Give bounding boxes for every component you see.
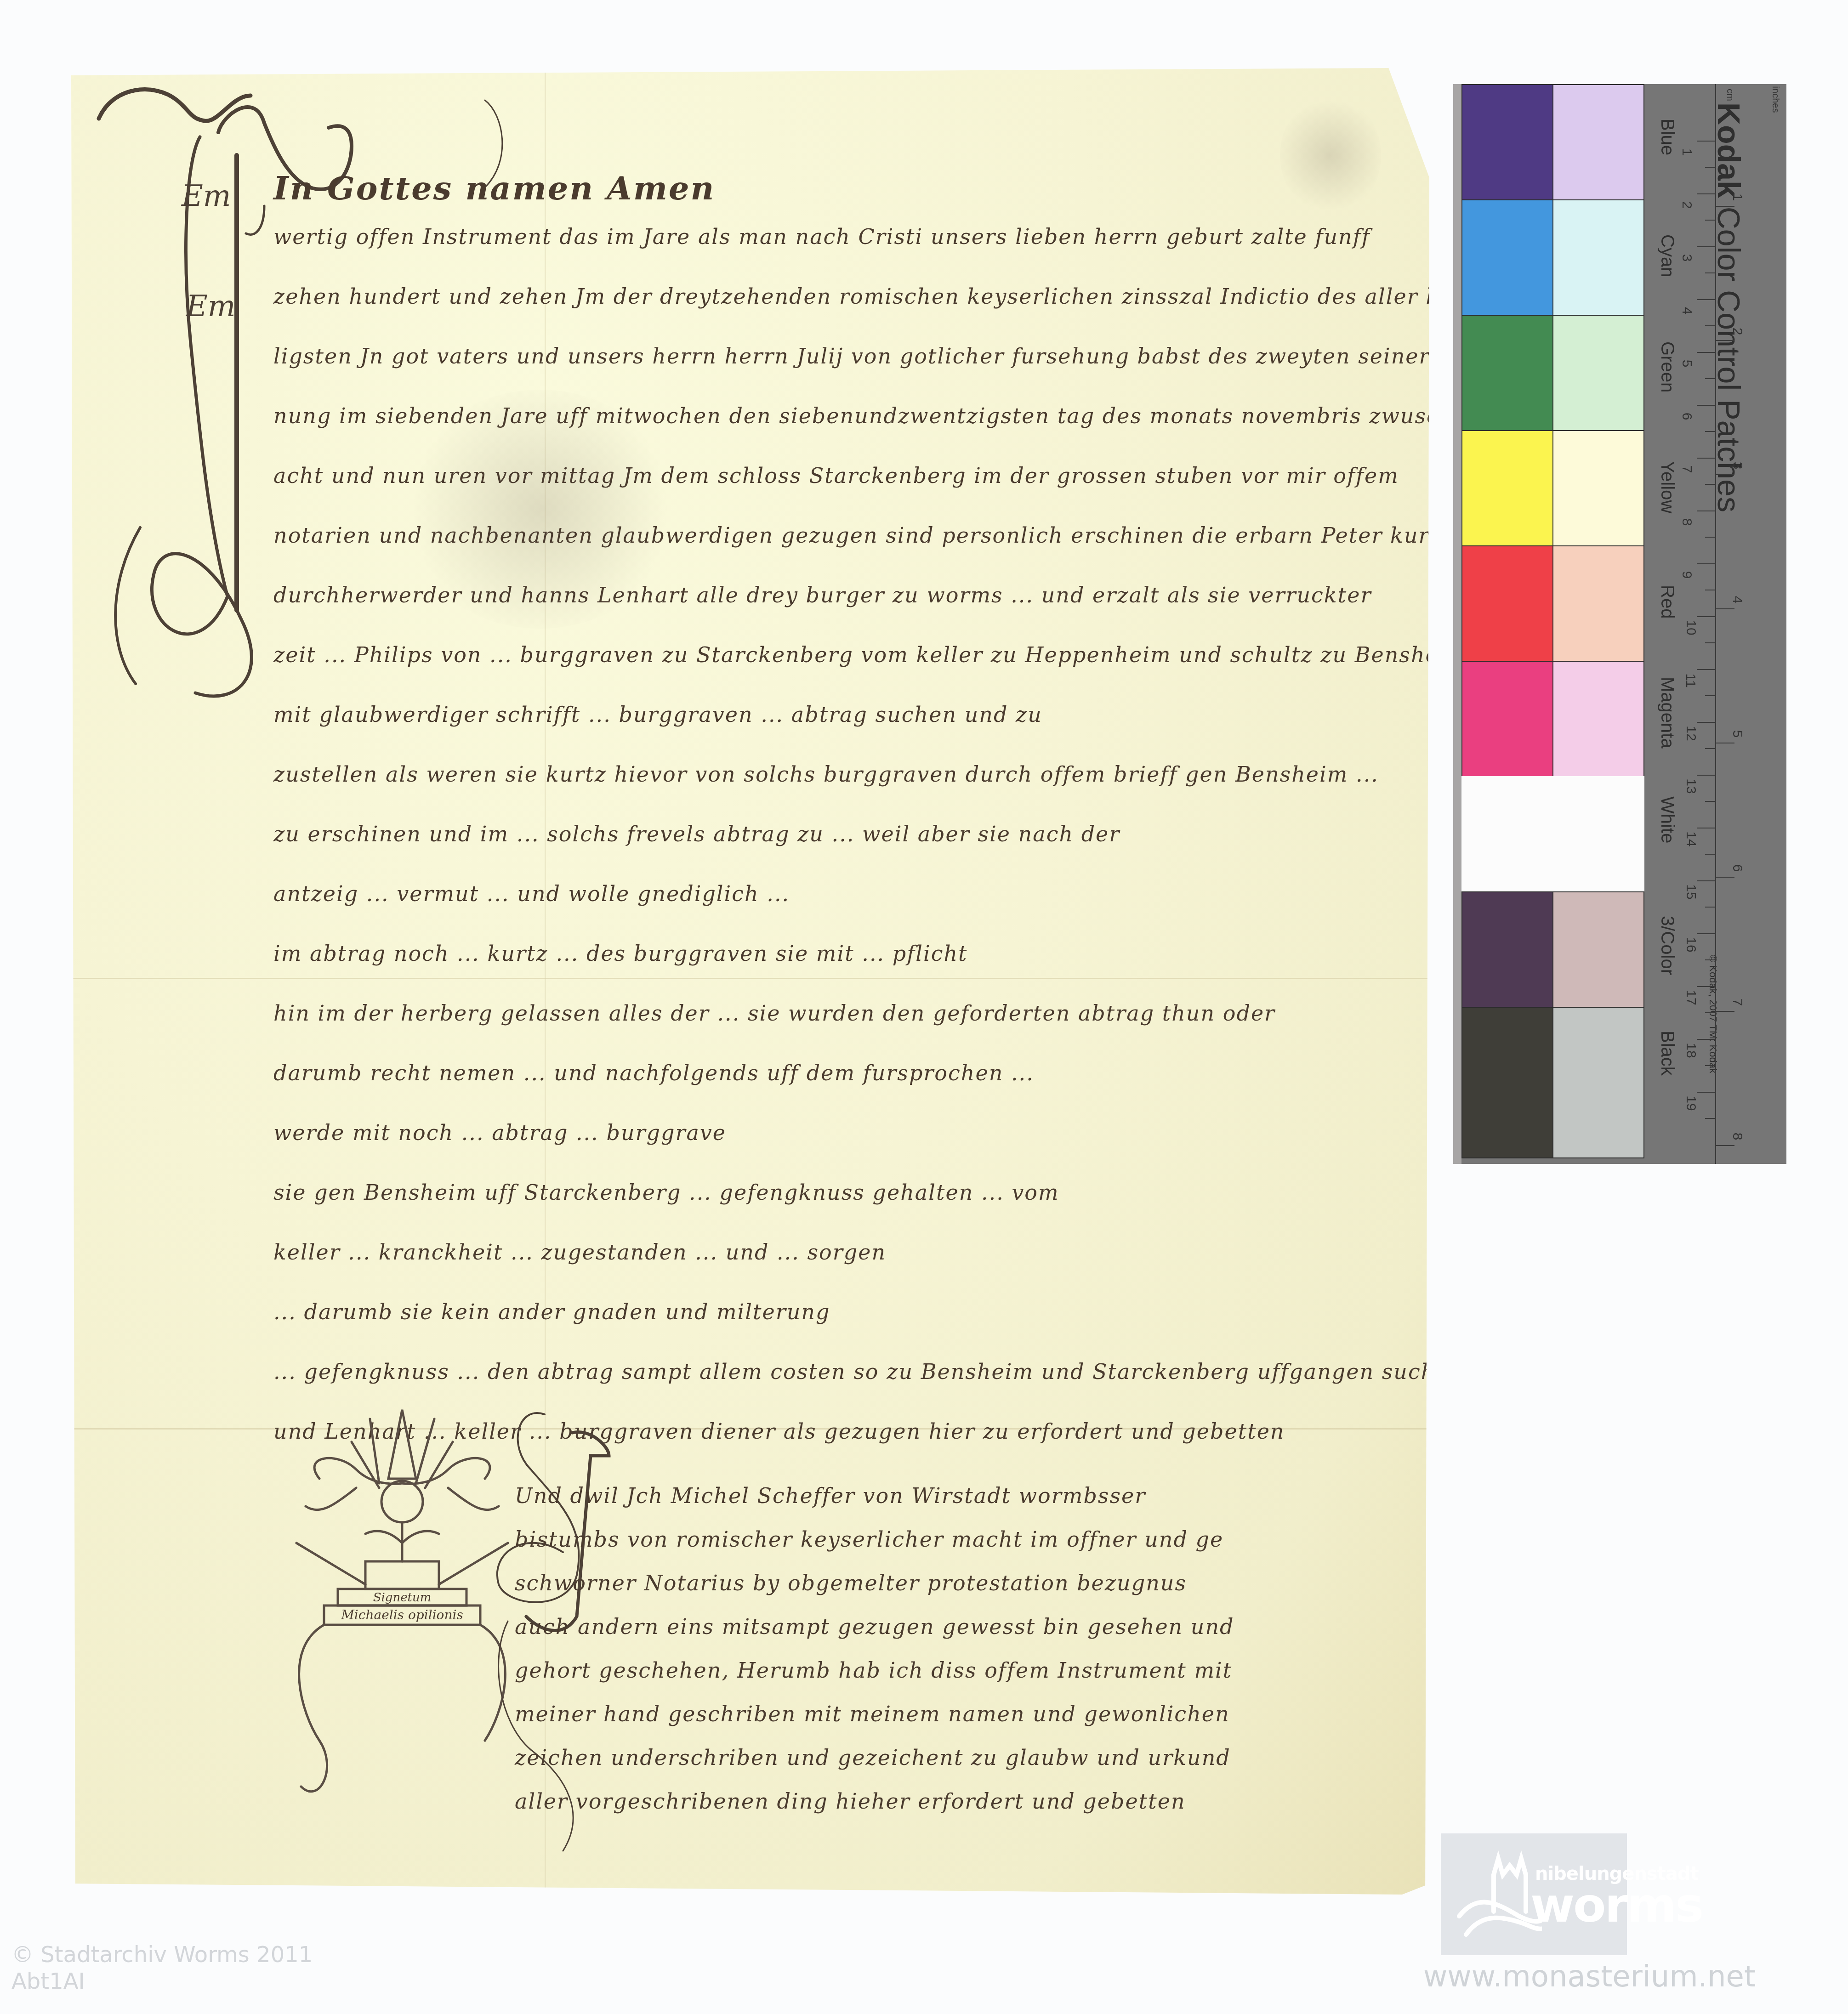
cm-tick-label: 14 <box>1683 831 1699 846</box>
label-green: Green <box>1657 341 1677 392</box>
patch-cyan-dark <box>1461 199 1553 316</box>
cm-tick <box>1697 986 1716 987</box>
archive-copyright: © Stadtarchiv Worms 2011 Abt1AI <box>11 1941 313 1995</box>
target-label-strip: Kodak Color Control Patches Blue Cyan Gr… <box>1652 84 1785 1164</box>
cm-tick-label: 12 <box>1683 726 1699 741</box>
mm-tick <box>1705 748 1716 749</box>
patch-3color-dark <box>1461 891 1553 1008</box>
cm-tick-label: 13 <box>1683 778 1699 794</box>
subscription-line: schworner Notarius by obgemelter protest… <box>515 1571 1187 1595</box>
mm-tick <box>1705 590 1716 590</box>
mm-tick <box>1705 1118 1716 1119</box>
inch-tick <box>1716 877 1734 878</box>
subscription-line: bistumbs von romischer keyserlicher mach… <box>515 1527 1223 1552</box>
text-line: ... darumb sie kein ander gnaden und mil… <box>273 1299 830 1324</box>
text-line: mit glaubwerdiger schrifft ... burggrave… <box>273 702 1042 727</box>
cm-tick <box>1697 669 1716 670</box>
text-line: hin im der herberg gelassen alles der ..… <box>273 1001 1275 1026</box>
cm-tick-label: 2 <box>1679 201 1694 209</box>
cm-tick-label: 3 <box>1679 254 1694 262</box>
patch-white <box>1461 776 1644 892</box>
text-line: acht und nun uren vor mittag Jm dem schl… <box>273 463 1399 488</box>
text-line: werde mit noch ... abtrag ... burggrave <box>273 1120 726 1145</box>
patch-green-light <box>1552 315 1644 431</box>
label-magenta: Magenta <box>1657 677 1677 749</box>
cm-tick <box>1697 352 1716 353</box>
cm-tick-label: 1 <box>1679 148 1694 156</box>
mm-tick <box>1705 1012 1716 1013</box>
kodak-brand: Kodak <box>1711 102 1746 198</box>
mm-tick <box>1705 325 1716 326</box>
cm-tick <box>1697 1039 1716 1040</box>
kodak-color-target: Kodak Color Control Patches Blue Cyan Gr… <box>1453 84 1786 1164</box>
patch-black-dark <box>1461 1007 1553 1158</box>
logo-worms: worms <box>1530 1877 1702 1933</box>
notarial-motto-upper: Signetum <box>373 1591 432 1605</box>
cm-tick-label: 15 <box>1683 884 1699 899</box>
mm-tick <box>1705 959 1716 960</box>
subscription-line: auch andern eins mitsampt gezugen gewess… <box>515 1614 1234 1639</box>
cm-tick-label: 6 <box>1679 413 1694 420</box>
patch-yellow-dark <box>1461 430 1553 546</box>
cm-tick-label: 7 <box>1679 465 1694 473</box>
cm-tick-label: 18 <box>1683 1043 1699 1058</box>
monasterium-url[interactable]: www.monasterium.net <box>1423 1960 1756 1994</box>
mm-tick <box>1705 537 1716 538</box>
text-line: zu erschinen und im ... solchs frevels a… <box>273 822 1120 846</box>
inch-tick <box>1716 340 1734 341</box>
text-line: sie gen Bensheim uff Starckenberg ... ge… <box>273 1180 1059 1205</box>
cm-tick <box>1697 193 1716 194</box>
svg-text:Em: Em <box>186 289 235 323</box>
cm-tick-label: 9 <box>1679 571 1694 579</box>
inch-tick-label: 6 <box>1729 864 1745 872</box>
patch-3color-light <box>1552 891 1644 1008</box>
patch-red-dark <box>1461 545 1553 662</box>
cm-tick <box>1697 563 1716 564</box>
patch-red-light <box>1552 545 1644 662</box>
text-line: durchherwerder und hanns Lenhart alle dr… <box>273 583 1371 607</box>
text-line: ... gefengknuss ... den abtrag sampt all… <box>273 1359 1646 1384</box>
copyright-line: © Stadtarchiv Worms 2011 <box>11 1941 313 1968</box>
mm-tick <box>1705 220 1716 221</box>
kodak-copyright: © Kodak, 2007 TM: Kodak <box>1707 955 1719 1073</box>
text-line: wertig offen Instrument das im Jare als … <box>273 224 1370 249</box>
label-red: Red <box>1657 585 1677 618</box>
label-white: White <box>1657 796 1677 843</box>
patch-blue-light <box>1552 84 1644 200</box>
mm-tick <box>1705 272 1716 273</box>
subscription-line: gehort geschehen, Herumb hab ich diss of… <box>515 1658 1232 1683</box>
text-line: zehen hundert und zehen Jm der dreytzehe… <box>273 284 1467 309</box>
inch-tick-label: 1 <box>1729 193 1745 201</box>
text-line: keller ... kranckheit ... zugestanden ..… <box>273 1240 886 1265</box>
ruler-unit-inches: inches <box>1770 86 1780 113</box>
ruler-unit-cm: cm <box>1724 89 1735 101</box>
svg-text:Em: Em <box>181 179 231 213</box>
subscription-line: zeichen underschriben und gezeichent zu … <box>515 1745 1231 1770</box>
cm-tick-label: 8 <box>1679 518 1694 526</box>
cm-tick <box>1697 722 1716 723</box>
text-line: zustellen als weren sie kurtz hievor von… <box>273 762 1379 787</box>
cathedral-wave-icon <box>1450 1847 1542 1948</box>
cm-tick <box>1697 1092 1716 1093</box>
text-line: zeit ... Philips von ... burggraven zu S… <box>273 642 1467 667</box>
subscription-line: aller vorgeschribenen ding hieher erford… <box>515 1789 1186 1814</box>
label-blue: Blue <box>1657 119 1677 155</box>
cm-tick <box>1697 458 1716 459</box>
cm-tick <box>1697 933 1716 934</box>
notarial-subscription: Und dwil Jch Michel Scheffer von Wirstad… <box>515 1483 1434 1851</box>
inch-tick <box>1716 743 1734 743</box>
parchment-charter: Em Em In Gottes namen Amen wertig offen … <box>71 68 1429 1895</box>
cm-tick-label: 10 <box>1683 620 1699 635</box>
mm-tick <box>1705 1065 1716 1066</box>
patch-black-light <box>1552 1007 1644 1158</box>
text-line: nung im siebenden Jare uff mitwochen den… <box>273 403 1482 428</box>
mm-tick <box>1705 378 1716 379</box>
inch-tick <box>1716 1011 1734 1012</box>
patch-yellow-light <box>1552 430 1644 546</box>
text-line: antzeig ... vermut ... und wolle gnedigl… <box>273 881 790 906</box>
cm-tick <box>1697 405 1716 406</box>
cm-tick <box>1697 828 1716 828</box>
cm-tick-label: 17 <box>1683 990 1699 1005</box>
mm-tick <box>1705 854 1716 855</box>
mm-tick <box>1705 167 1716 168</box>
patch-magenta-dark <box>1461 661 1553 777</box>
cm-tick-label: 4 <box>1679 307 1694 315</box>
mm-tick <box>1705 907 1716 908</box>
inch-tick-label: 8 <box>1729 1133 1745 1140</box>
patch-blue-dark <box>1461 84 1553 200</box>
cm-tick <box>1697 246 1716 247</box>
main-text-block: In Gottes namen Amen wertig offen Instru… <box>273 169 1422 1479</box>
text-line: darumb recht nemen ... und nachfolgends … <box>273 1061 1034 1085</box>
text-line: notarien und nachbenanten glaubwerdigen … <box>273 523 1537 548</box>
cm-tick-label: 16 <box>1683 937 1699 952</box>
label-3color: 3/Color <box>1657 916 1677 975</box>
cm-tick-label: 19 <box>1683 1095 1699 1111</box>
inch-tick-label: 5 <box>1729 730 1745 738</box>
label-yellow: Yellow <box>1657 461 1677 513</box>
inch-tick <box>1716 206 1734 207</box>
cm-tick <box>1697 141 1716 142</box>
subscription-line: meiner hand geschriben mit meinem namen … <box>515 1702 1230 1726</box>
inch-tick-label: 7 <box>1729 998 1745 1006</box>
patch-cyan-light <box>1552 199 1644 316</box>
subscription-line: Und dwil Jch Michel Scheffer von Wirstad… <box>515 1483 1146 1508</box>
inch-tick-label: 3 <box>1729 462 1745 470</box>
inch-tick-label: 4 <box>1729 596 1745 604</box>
text-line: ligsten Jn got vaters und unsers herrn h… <box>273 344 1476 369</box>
label-cyan: Cyan <box>1657 234 1677 277</box>
cm-tick <box>1697 299 1716 300</box>
inch-tick <box>1716 608 1734 609</box>
mm-tick <box>1705 801 1716 802</box>
mm-tick <box>1705 642 1716 643</box>
cm-tick <box>1697 616 1716 617</box>
label-black: Black <box>1657 1031 1677 1076</box>
inch-tick <box>1716 1145 1734 1146</box>
signature-line: Abt1AI <box>11 1968 313 1995</box>
cm-tick <box>1697 775 1716 776</box>
text-line: im abtrag noch ... kurtz ... des burggra… <box>273 941 968 966</box>
mm-tick <box>1705 431 1716 432</box>
patch-magenta-light <box>1552 661 1644 777</box>
cm-tick <box>1697 880 1716 881</box>
target-edge <box>1453 84 1461 1164</box>
cm-tick-label: 11 <box>1683 673 1698 687</box>
inch-tick <box>1716 474 1734 475</box>
cm-tick <box>1697 511 1716 511</box>
patch-green-dark <box>1461 315 1553 431</box>
notarial-motto-lower: Michaelis opilionis <box>341 1607 463 1623</box>
incipit: In Gottes namen Amen <box>273 169 715 207</box>
cm-tick-label: 5 <box>1679 360 1694 368</box>
mm-tick <box>1705 695 1716 696</box>
mm-tick <box>1705 484 1716 485</box>
inch-tick-label: 2 <box>1729 328 1745 335</box>
